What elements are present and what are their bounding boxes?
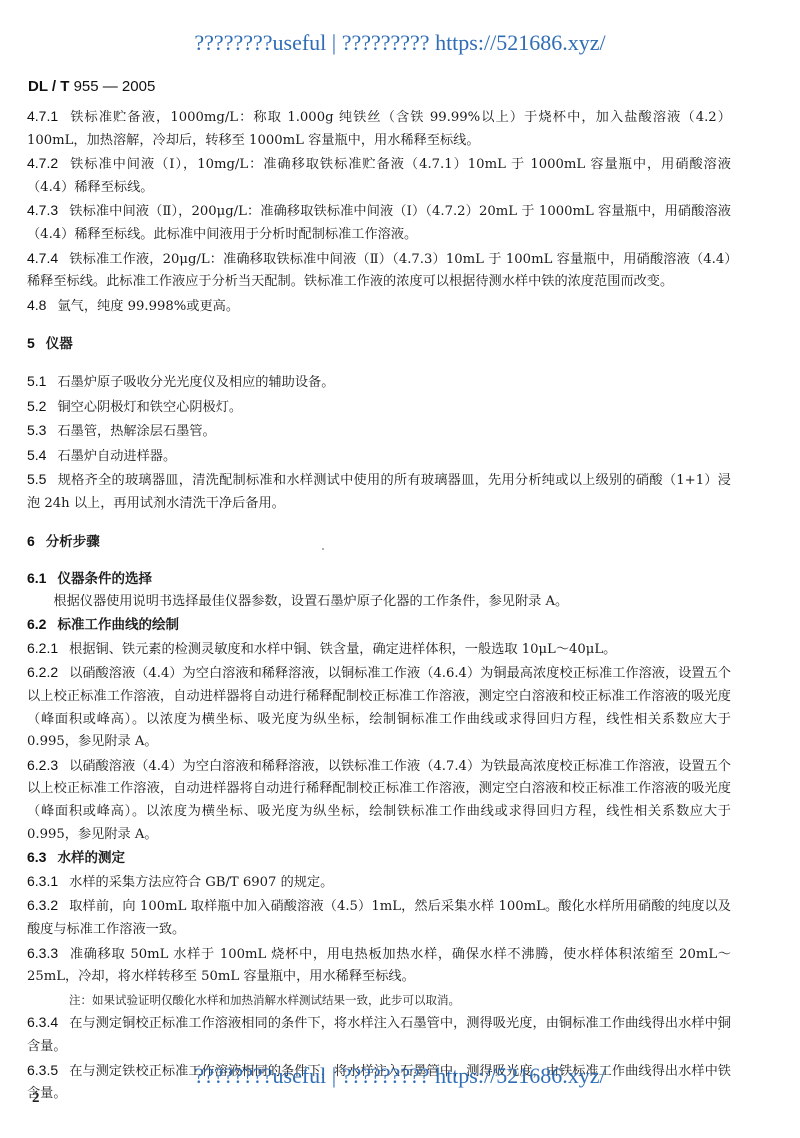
clause-5-4: 5.4石墨炉自动进样器。: [27, 444, 731, 469]
page-number: 2: [32, 1090, 40, 1107]
subsection-6-2-heading: 6.2标准工作曲线的绘制: [27, 613, 731, 637]
clause-6-2-1: 6.2.1根据铜、铁元素的检测灵敏度和水样中铜、铁含量，确定进样体积，一般选取 …: [27, 637, 731, 662]
clause-5-1: 5.1石墨炉原子吸收分光光度仪及相应的辅助设备。: [27, 370, 731, 395]
clause-4-7-3: 4.7.3铁标准中间液（Ⅱ），200μg/L：准确移取铁标准中间液（Ⅰ）（4.7…: [27, 199, 731, 246]
clause-6-2-3: 6.2.3以硝酸溶液（4.4）为空白溶液和稀释溶液，以铁标准工作液（4.7.4）…: [27, 754, 731, 846]
note-6-3-3: 注：如果试验证明仅酸化水样和加热消解水样测试结果一致，此步可以取消。: [27, 989, 731, 1012]
clause-6-3-4: 6.3.4在与测定铜校正标准工作溶液相同的条件下，将水样注入石墨管中，测得吸光度…: [27, 1011, 731, 1058]
scan-speck: [718, 1028, 720, 1030]
clause-6-1-body: 根据仪器使用说明书选择最佳仪器参数，设置石墨炉原子化器的工作条件，参见附录 A。: [27, 591, 731, 614]
scan-speck: [322, 548, 324, 550]
clause-6-3-2: 6.3.2取样前，向 100mL 取样瓶中加入硝酸溶液（4.5）1mL，然后采集…: [27, 894, 731, 941]
clause-5-2: 5.2铜空心阴极灯和铁空心阴极灯。: [27, 395, 731, 420]
clause-4-7-4: 4.7.4铁标准工作液，20μg/L：准确移取铁标准中间液（Ⅱ）（4.7.3）1…: [27, 247, 731, 294]
subsection-6-1-heading: 6.1仪器条件的选择: [27, 567, 731, 591]
clause-4-7-1: 4.7.1铁标准贮备液，1000mg/L：称取 1.000g 纯铁丝（含铁 99…: [27, 105, 731, 152]
clause-6-2-2: 6.2.2以硝酸溶液（4.4）为空白溶液和稀释溶液，以铜标准工作液（4.6.4）…: [27, 661, 731, 753]
watermark-top: ????????useful | ????????? https://52168…: [0, 30, 800, 56]
standard-prefix: DL / T: [28, 78, 74, 95]
clause-6-3-1: 6.3.1水样的采集方法应符合 GB/T 6907 的规定。: [27, 870, 731, 895]
document-body: 4.7.1铁标准贮备液，1000mg/L：称取 1.000g 纯铁丝（含铁 99…: [27, 105, 731, 1106]
clause-5-5: 5.5规格齐全的玻璃器皿，清洗配制标准和水样测试中使用的所有玻璃器皿，先用分析纯…: [27, 468, 731, 515]
standard-id: DL / T 955 — 2005: [28, 78, 155, 95]
section-6-heading: 6分析步骤: [27, 530, 731, 554]
clause-6-3-3: 6.3.3准确移取 50mL 水样于 100mL 烧杯中，用电热板加热水样，确保…: [27, 942, 731, 989]
standard-number: 955 — 2005: [74, 78, 156, 95]
watermark-bottom: ????????useful | ????????? https://52168…: [0, 1063, 800, 1089]
clause-4-7-2: 4.7.2铁标准中间液（Ⅰ），10mg/L：准确移取铁标准贮备液（4.7.1）1…: [27, 152, 731, 199]
section-5-heading: 5仪器: [27, 332, 731, 356]
clause-4-8: 4.8氩气，纯度 99.998%或更高。: [27, 294, 731, 319]
subsection-6-3-heading: 6.3水样的测定: [27, 846, 731, 870]
clause-5-3: 5.3石墨管，热解涂层石墨管。: [27, 419, 731, 444]
